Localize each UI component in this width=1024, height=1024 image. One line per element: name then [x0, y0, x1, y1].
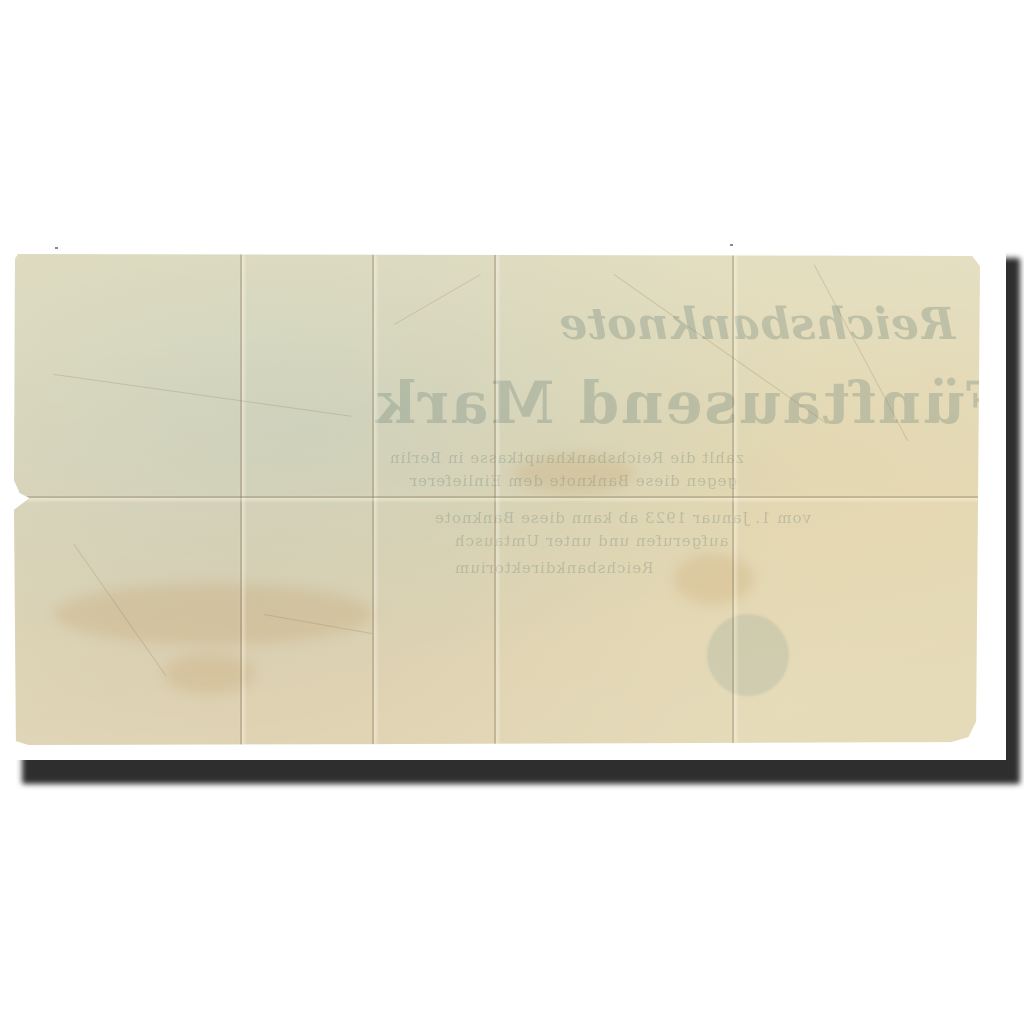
fold-line [372, 254, 374, 746]
speck [55, 247, 58, 249]
crease [54, 374, 351, 417]
fold-line [732, 254, 734, 746]
showthrough-line: vom 1. Januar 1923 ab kann diese Banknot… [434, 509, 811, 527]
stain [674, 554, 754, 604]
showthrough-title: Reichsbanknote [559, 299, 955, 350]
showthrough-line: Reichsbankdirektorium [454, 559, 653, 577]
fold-line [494, 254, 496, 746]
showthrough-line: gegen diese Banknote dem Einlieferer [409, 472, 737, 490]
crease [394, 274, 481, 325]
fold-line [240, 254, 242, 746]
fold-line [14, 496, 980, 498]
showthrough-line: zahlt die Reichsbankhauptkasse in Berlin [389, 449, 744, 467]
banknote: Reichsbanknote Fünftausend Mark zahlt di… [14, 254, 980, 746]
stain [54, 584, 374, 644]
speck [730, 244, 733, 246]
showthrough-amount: Fünftausend Mark [374, 369, 980, 437]
seal-showthrough [707, 614, 789, 696]
